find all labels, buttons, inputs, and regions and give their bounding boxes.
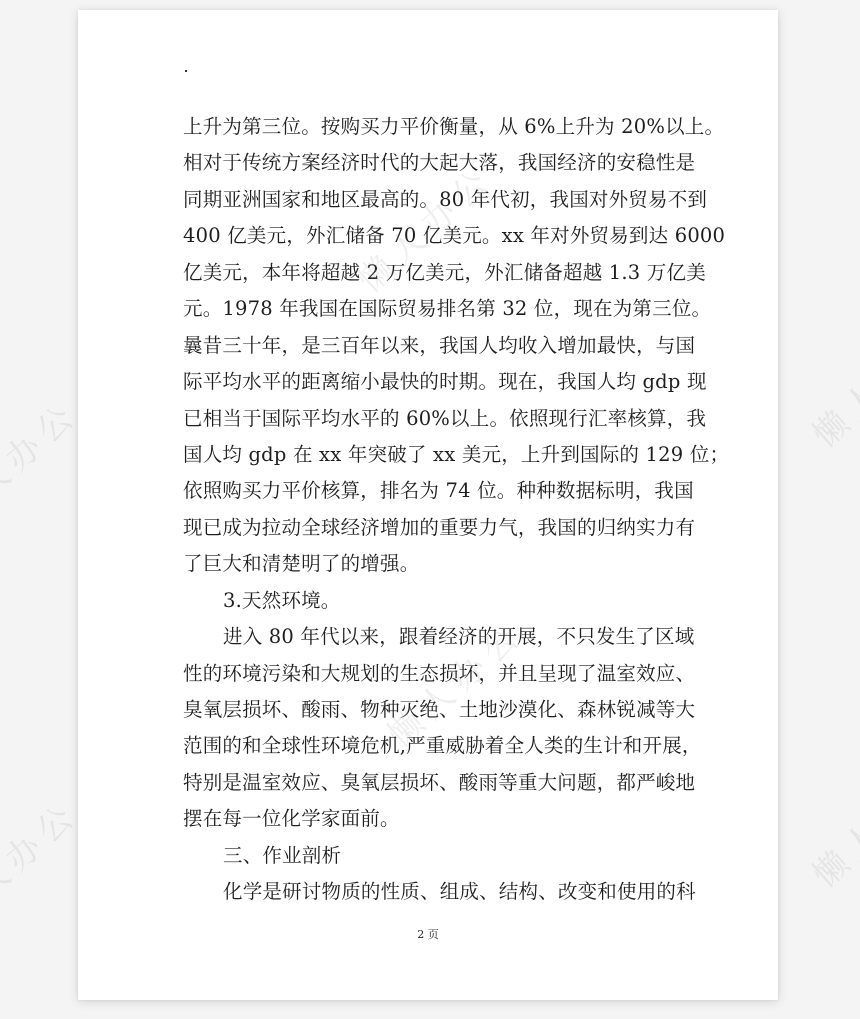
watermark-text: 懒人办公 [0,388,88,537]
text-line: 400 亿美元，外汇储备 70 亿美元。xx 年对外贸易到达 6000 [183,218,693,254]
text-line: 了巨大和清楚明了的增强。 [183,546,693,582]
text-line: 范围的和全球性环境危机,严重威胁着全人类的生计和开展， [183,728,693,764]
document-page: 上升为第三位。按购买力平价衡量，从 6%上升为 20%以上。相对于传统方案经济时… [78,10,778,1000]
header-mark [185,70,187,72]
text-line: 性的环境污染和大规划的生态损坏，并且呈现了温室效应、 [183,656,693,692]
watermark-text: 懒人办公 [800,748,860,897]
text-line: 摆在每一位化学家面前。 [183,801,693,837]
text-line: 臭氧层损坏、酸雨、物种灭绝、土地沙漠化、森林锐减等大 [183,692,693,728]
text-line: 上升为第三位。按购买力平价衡量，从 6%上升为 20%以上。 [183,109,693,145]
text-line: 同期亚洲国家和地区最高的。80 年代初，我国对外贸易不到 [183,182,693,218]
text-line: 相对于传统方案经济时代的大起大落，我国经济的安稳性是 [183,145,693,181]
text-line: 际平均水平的距离缩小最快的时期。现在，我国人均 gdp 现 [183,364,693,400]
text-line: 亿美元，本年将超越 2 万亿美元，外汇储备超越 1.3 万亿美 [183,255,693,291]
text-line: 国人均 gdp 在 xx 年突破了 xx 美元，上升到国际的 129 位； [183,437,693,473]
text-line: 特别是温室效应、臭氧层损坏、酸雨等重大问题，都严峻地 [183,765,693,801]
watermark-text: 懒人办公 [0,788,88,937]
text-line: 现已成为拉动全球经济增加的重要力气，我国的归纳实力有 [183,510,693,546]
text-line: 已相当于国际平均水平的 60%以上。依照现行汇率核算，我 [183,401,693,437]
page-number: 2 页 [78,926,778,942]
text-line: 曩昔三十年，是三百年以来，我国人均收入增加最快，与国 [183,328,693,364]
text-line: 三、作业剖析 [183,838,693,874]
text-line: 元。1978 年我国在国际贸易排名第 32 位，现在为第三位。 [183,291,693,327]
text-line: 3.天然环境。 [183,583,693,619]
text-line: 进入 80 年代以来，跟着经济的开展，不只发生了区域 [183,619,693,655]
text-line: 化学是研讨物质的性质、组成、结构、改变和使用的科 [183,874,693,910]
text-line: 依照购买力平价核算，排名为 74 位。种种数据标明，我国 [183,473,693,509]
watermark-text: 懒人办公 [800,308,860,457]
document-body: 上升为第三位。按购买力平价衡量，从 6%上升为 20%以上。相对于传统方案经济时… [183,109,693,911]
